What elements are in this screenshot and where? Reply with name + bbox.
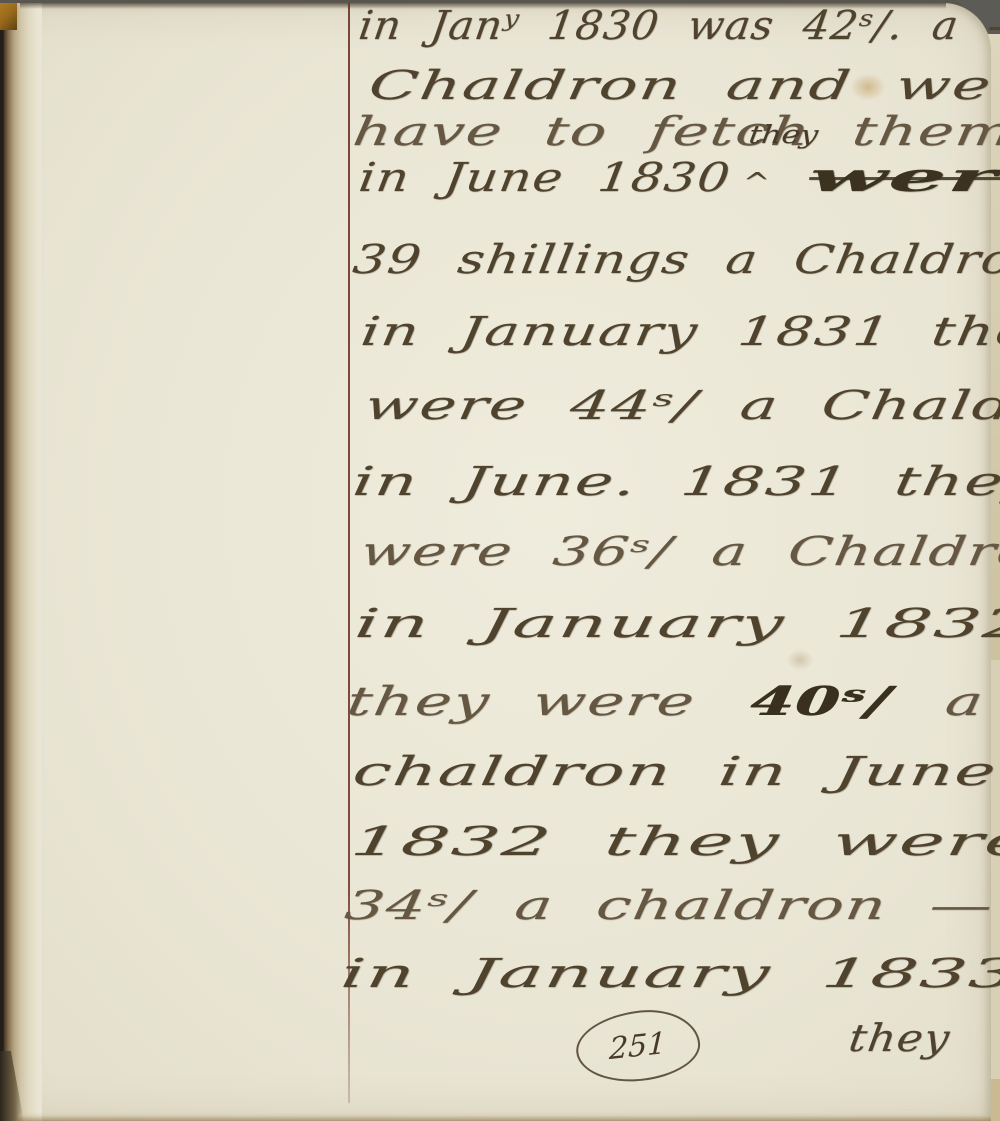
manuscript-line: in January 1831 they — [358, 309, 1000, 355]
manuscript-line: 1832 they were — [348, 819, 1000, 865]
manuscript-line: Chaldron and we — [366, 63, 995, 109]
manuscript-line: were 44ˢ/ a Chaldron — [362, 383, 1000, 429]
manuscript-page: in Janʸ 1830 was 42ˢ/. a — Chaldron and … — [0, 3, 991, 1121]
manuscript-line: chaldron in June — [350, 749, 1000, 795]
book-edge — [0, 3, 42, 1121]
red-margin-rule — [348, 3, 350, 1103]
line-text-before: in June 1830 — [356, 155, 734, 201]
insertion-caret: ^ — [740, 168, 773, 198]
page-bottom-edge — [18, 1112, 991, 1121]
catchword: they — [846, 1017, 953, 1061]
manuscript-photo: in Janʸ 1830 was 42ˢ/. a — Chaldron and … — [0, 0, 1000, 1121]
paper-smudge — [786, 649, 814, 671]
inserted-word: they — [747, 121, 820, 150]
manuscript-line-with-insertion: in June 1830^theywere — [356, 155, 950, 201]
manuscript-line: in January 1832 — [352, 601, 1000, 647]
manuscript-line: have to fetch them — [350, 109, 1000, 155]
overwritten-price: 40ˢ/ — [747, 678, 893, 725]
manuscript-line: 39 shillings a Chaldron — [350, 237, 1000, 283]
manuscript-line: in Janʸ 1830 was 42ˢ/. a — — [356, 3, 1000, 49]
line-text-before: they were — [344, 679, 698, 725]
manuscript-line: in January 1833 — [338, 951, 1000, 997]
page-number: 251 — [609, 1025, 667, 1066]
page-number-oval: 251 — [573, 1005, 704, 1088]
line-text-after: a — [942, 679, 987, 725]
manuscript-line-with-emphasis: they were 40ˢ/ a — [344, 679, 987, 725]
manuscript-line: in June. 1831 they — [350, 459, 1000, 505]
manuscript-line: 34ˢ/ a chaldron — — [342, 883, 997, 929]
overwritten-word: were — [806, 155, 1000, 201]
manuscript-line: were 36ˢ/ a Chaldron — [358, 529, 1000, 575]
binding-corner — [0, 3, 17, 30]
insertion-point: ^they — [740, 155, 775, 201]
